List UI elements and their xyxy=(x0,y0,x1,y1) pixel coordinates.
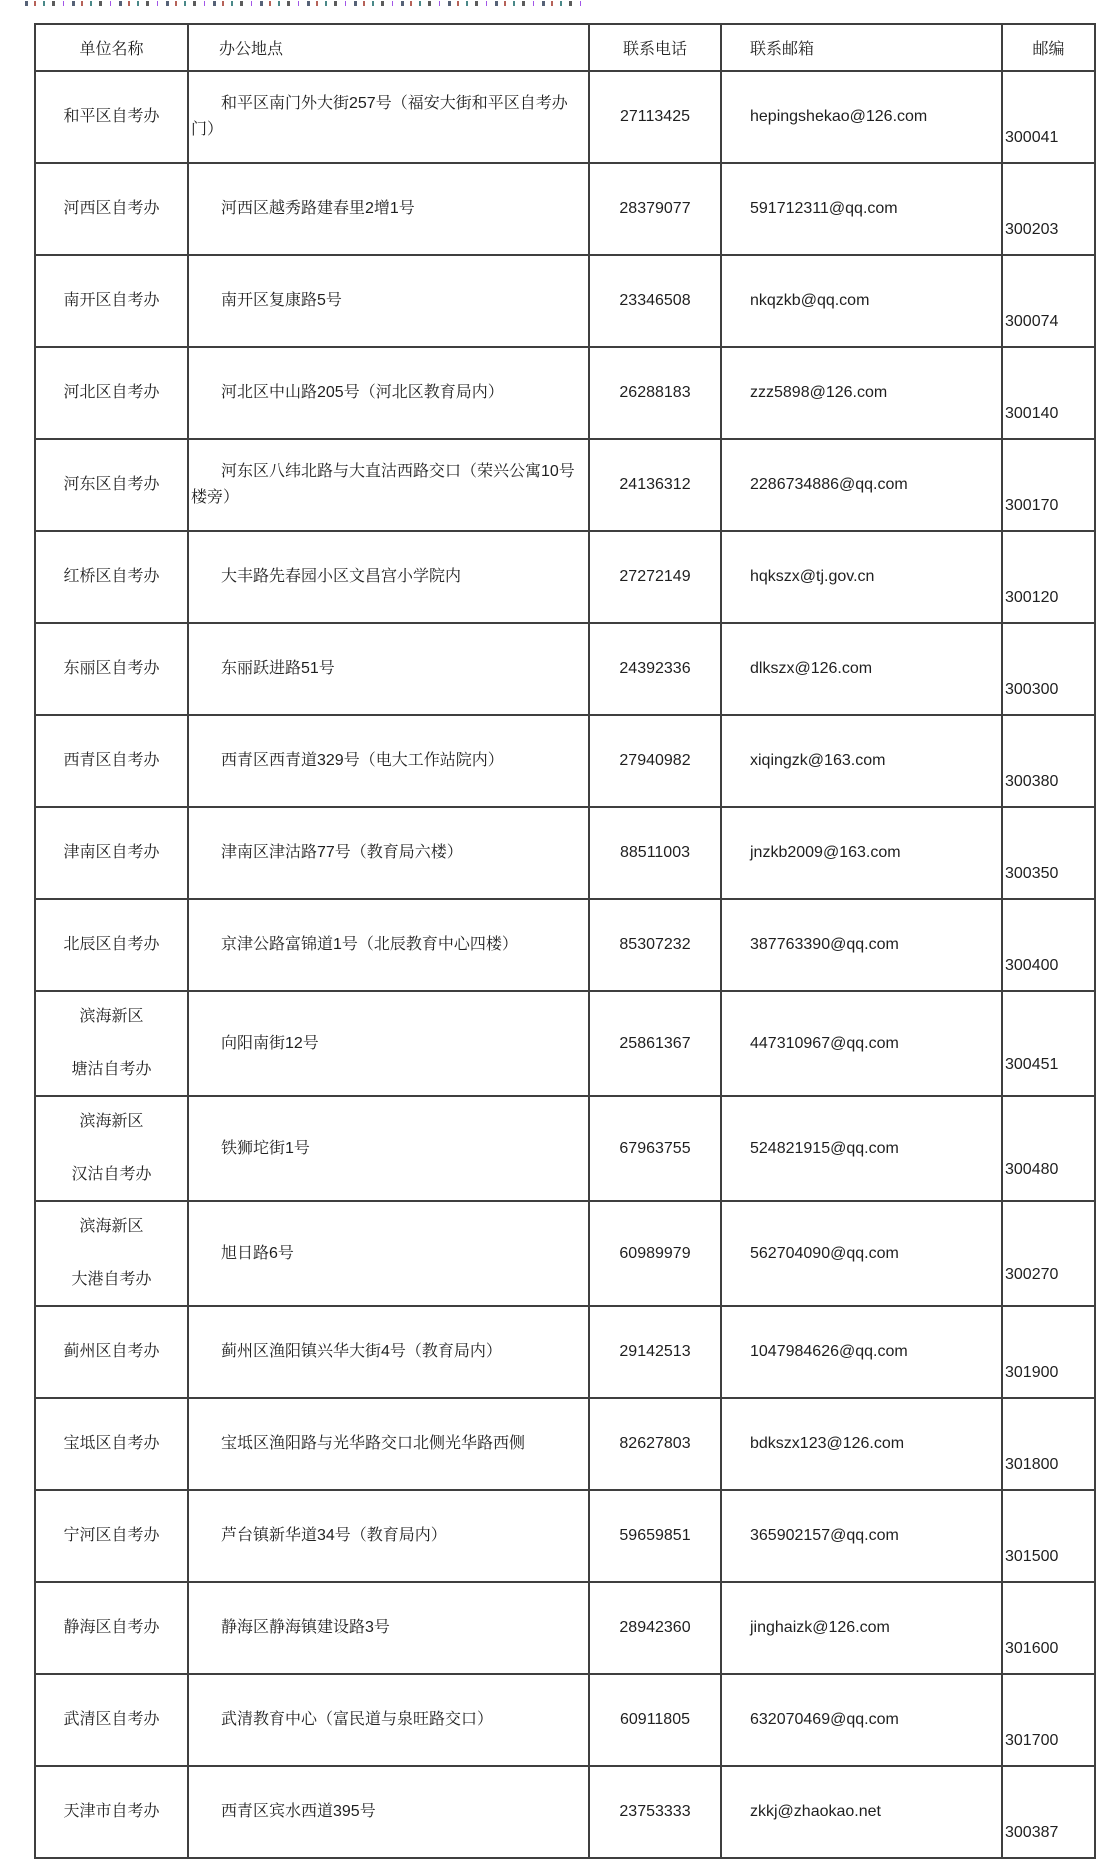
unit-name-line: 滨海新区 xyxy=(36,1112,187,1132)
zip-value: 301500 xyxy=(1005,1548,1094,1566)
unit-cell: 东丽区自考办 xyxy=(35,623,188,715)
zip-cell: 301600 xyxy=(1002,1582,1095,1674)
address-cell: 武清教育中心（富民道与泉旺路交口） xyxy=(188,1674,589,1766)
phone-cell: 27272149 xyxy=(589,531,721,623)
unit-cell: 武清区自考办 xyxy=(35,1674,188,1766)
address-cell: 河北区中山路205号（河北区教育局内） xyxy=(188,347,589,439)
address-cell: 南开区复康路5号 xyxy=(188,255,589,347)
zip-cell: 301900 xyxy=(1002,1306,1095,1398)
unit-cell: 宁河区自考办 xyxy=(35,1490,188,1582)
zip-cell: 300350 xyxy=(1002,807,1095,899)
zip-value: 300400 xyxy=(1005,957,1094,975)
zip-cell: 300041 xyxy=(1002,71,1095,163)
phone-cell: 24136312 xyxy=(589,439,721,531)
email-cell: 2286734886@qq.com xyxy=(721,439,1002,531)
contact-table: 单位名称 办公地点 联系电话 联系邮箱 邮编 和平区自考办 和平区南门外大街25… xyxy=(34,23,1096,1859)
unit-cell: 南开区自考办 xyxy=(35,255,188,347)
zip-value: 300170 xyxy=(1005,497,1094,515)
zip-value: 300120 xyxy=(1005,589,1094,607)
table-row: 南开区自考办 南开区复康路5号 23346508 nkqzkb@qq.com 3… xyxy=(35,255,1095,347)
unit-cell: 蓟州区自考办 xyxy=(35,1306,188,1398)
clipped-text-fragments xyxy=(25,1,585,6)
table-row: 滨海新区大港自考办 旭日路6号 60989979 562704090@qq.co… xyxy=(35,1201,1095,1306)
unit-cell: 静海区自考办 xyxy=(35,1582,188,1674)
phone-cell: 82627803 xyxy=(589,1398,721,1490)
unit-name-line: 静海区自考办 xyxy=(36,1618,187,1638)
unit-name-line: 大港自考办 xyxy=(36,1270,187,1290)
address-cell: 铁狮坨街1号 xyxy=(188,1096,589,1201)
email-cell: dlkszx@126.com xyxy=(721,623,1002,715)
table-row: 滨海新区汉沽自考办 铁狮坨街1号 67963755 524821915@qq.c… xyxy=(35,1096,1095,1201)
address-cell: 津南区津沽路77号（教育局六楼） xyxy=(188,807,589,899)
table-row: 北辰区自考办 京津公路富锦道1号（北辰教育中心四楼） 85307232 3877… xyxy=(35,899,1095,991)
phone-cell: 26288183 xyxy=(589,347,721,439)
zip-value: 300041 xyxy=(1005,129,1094,147)
phone-cell: 60911805 xyxy=(589,1674,721,1766)
address-cell: 蓟州区渔阳镇兴华大街4号（教育局内） xyxy=(188,1306,589,1398)
table-row: 西青区自考办 西青区西青道329号（电大工作站院内） 27940982 xiqi… xyxy=(35,715,1095,807)
unit-cell: 河东区自考办 xyxy=(35,439,188,531)
zip-value: 301700 xyxy=(1005,1732,1094,1750)
unit-cell: 滨海新区汉沽自考办 xyxy=(35,1096,188,1201)
unit-name-line: 滨海新区 xyxy=(36,1007,187,1027)
unit-name-line: 南开区自考办 xyxy=(36,291,187,311)
unit-name-line: 津南区自考办 xyxy=(36,843,187,863)
address-cell: 芦台镇新华道34号（教育局内） xyxy=(188,1490,589,1582)
zip-cell: 300170 xyxy=(1002,439,1095,531)
phone-cell: 28379077 xyxy=(589,163,721,255)
email-cell: nkqzkb@qq.com xyxy=(721,255,1002,347)
phone-cell: 29142513 xyxy=(589,1306,721,1398)
unit-name-line: 北辰区自考办 xyxy=(36,935,187,955)
zip-value: 300480 xyxy=(1005,1161,1094,1179)
email-cell: hqkszx@tj.gov.cn xyxy=(721,531,1002,623)
unit-cell: 河北区自考办 xyxy=(35,347,188,439)
zip-value: 301800 xyxy=(1005,1456,1094,1474)
zip-cell: 300270 xyxy=(1002,1201,1095,1306)
address-cell: 河东区八纬北路与大直沽西路交口（荣兴公寓10号楼旁） xyxy=(188,439,589,531)
phone-cell: 23753333 xyxy=(589,1766,721,1858)
address-cell: 河西区越秀路建春里2增1号 xyxy=(188,163,589,255)
phone-cell: 24392336 xyxy=(589,623,721,715)
column-header-unit: 单位名称 xyxy=(35,24,188,71)
phone-cell: 85307232 xyxy=(589,899,721,991)
unit-cell: 滨海新区塘沽自考办 xyxy=(35,991,188,1096)
zip-value: 300270 xyxy=(1005,1266,1094,1284)
zip-cell: 300203 xyxy=(1002,163,1095,255)
unit-cell: 宝坻区自考办 xyxy=(35,1398,188,1490)
table-row: 河东区自考办 河东区八纬北路与大直沽西路交口（荣兴公寓10号楼旁） 241363… xyxy=(35,439,1095,531)
zip-value: 300380 xyxy=(1005,773,1094,791)
zip-value: 300451 xyxy=(1005,1056,1094,1074)
zip-value: 301600 xyxy=(1005,1640,1094,1658)
email-cell: hepingshekao@126.com xyxy=(721,71,1002,163)
phone-cell: 88511003 xyxy=(589,807,721,899)
zip-cell: 301500 xyxy=(1002,1490,1095,1582)
unit-name-line: 武清区自考办 xyxy=(36,1710,187,1730)
unit-cell: 河西区自考办 xyxy=(35,163,188,255)
table-row: 红桥区自考办 大丰路先春园小区文昌宫小学院内 27272149 hqkszx@t… xyxy=(35,531,1095,623)
unit-cell: 和平区自考办 xyxy=(35,71,188,163)
unit-name-line: 东丽区自考办 xyxy=(36,659,187,679)
zip-value: 301900 xyxy=(1005,1364,1094,1382)
unit-name-line: 滨海新区 xyxy=(36,1217,187,1237)
email-cell: 632070469@qq.com xyxy=(721,1674,1002,1766)
zip-cell: 300140 xyxy=(1002,347,1095,439)
address-cell: 大丰路先春园小区文昌宫小学院内 xyxy=(188,531,589,623)
table-row: 天津市自考办 西青区宾水西道395号 23753333 zkkj@zhaokao… xyxy=(35,1766,1095,1858)
zip-cell: 300387 xyxy=(1002,1766,1095,1858)
table-row: 滨海新区塘沽自考办 向阳南街12号 25861367 447310967@qq.… xyxy=(35,991,1095,1096)
zip-value: 300074 xyxy=(1005,313,1094,331)
zip-value: 300387 xyxy=(1005,1824,1094,1842)
email-cell: zzz5898@126.com xyxy=(721,347,1002,439)
address-cell: 和平区南门外大街257号（福安大街和平区自考办门） xyxy=(188,71,589,163)
email-cell: bdkszx123@126.com xyxy=(721,1398,1002,1490)
unit-cell: 西青区自考办 xyxy=(35,715,188,807)
unit-name-line: 西青区自考办 xyxy=(36,751,187,771)
unit-name-line: 宝坻区自考办 xyxy=(36,1434,187,1454)
unit-name-line: 红桥区自考办 xyxy=(36,567,187,587)
unit-name-line: 汉沽自考办 xyxy=(36,1165,187,1185)
unit-name-line: 河东区自考办 xyxy=(36,475,187,495)
unit-name-line: 和平区自考办 xyxy=(36,107,187,127)
address-cell: 京津公路富锦道1号（北辰教育中心四楼） xyxy=(188,899,589,991)
zip-value: 300300 xyxy=(1005,681,1094,699)
table-row: 宝坻区自考办 宝坻区渔阳路与光华路交口北侧光华路西侧 82627803 bdks… xyxy=(35,1398,1095,1490)
column-header-phone: 联系电话 xyxy=(589,24,721,71)
column-header-address: 办公地点 xyxy=(188,24,589,71)
zip-cell: 301800 xyxy=(1002,1398,1095,1490)
email-cell: 562704090@qq.com xyxy=(721,1201,1002,1306)
address-cell: 东丽跃进路51号 xyxy=(188,623,589,715)
unit-name-line: 宁河区自考办 xyxy=(36,1526,187,1546)
email-cell: xiqingzk@163.com xyxy=(721,715,1002,807)
unit-name-line: 天津市自考办 xyxy=(36,1802,187,1822)
zip-value: 300140 xyxy=(1005,405,1094,423)
email-cell: 365902157@qq.com xyxy=(721,1490,1002,1582)
address-cell: 静海区静海镇建设路3号 xyxy=(188,1582,589,1674)
zip-cell: 300400 xyxy=(1002,899,1095,991)
table-row: 东丽区自考办 东丽跃进路51号 24392336 dlkszx@126.com … xyxy=(35,623,1095,715)
zip-cell: 300120 xyxy=(1002,531,1095,623)
zip-cell: 300451 xyxy=(1002,991,1095,1096)
zip-cell: 300074 xyxy=(1002,255,1095,347)
email-cell: 591712311@qq.com xyxy=(721,163,1002,255)
unit-cell: 北辰区自考办 xyxy=(35,899,188,991)
unit-cell: 津南区自考办 xyxy=(35,807,188,899)
zip-value: 300203 xyxy=(1005,221,1094,239)
zip-value: 300350 xyxy=(1005,865,1094,883)
column-header-zip: 邮编 xyxy=(1002,24,1095,71)
phone-cell: 28942360 xyxy=(589,1582,721,1674)
unit-cell: 天津市自考办 xyxy=(35,1766,188,1858)
email-cell: jnzkb2009@163.com xyxy=(721,807,1002,899)
table-row: 河西区自考办 河西区越秀路建春里2增1号 28379077 591712311@… xyxy=(35,163,1095,255)
unit-cell: 滨海新区大港自考办 xyxy=(35,1201,188,1306)
unit-name-line: 河北区自考办 xyxy=(36,383,187,403)
table-row: 静海区自考办 静海区静海镇建设路3号 28942360 jinghaizk@12… xyxy=(35,1582,1095,1674)
unit-name-line: 塘沽自考办 xyxy=(36,1060,187,1080)
address-cell: 西青区宾水西道395号 xyxy=(188,1766,589,1858)
unit-name-line: 河西区自考办 xyxy=(36,199,187,219)
table-row: 宁河区自考办 芦台镇新华道34号（教育局内） 59659851 36590215… xyxy=(35,1490,1095,1582)
email-cell: 524821915@qq.com xyxy=(721,1096,1002,1201)
address-cell: 西青区西青道329号（电大工作站院内） xyxy=(188,715,589,807)
column-header-email: 联系邮箱 xyxy=(721,24,1002,71)
address-cell: 向阳南街12号 xyxy=(188,991,589,1096)
table-row: 津南区自考办 津南区津沽路77号（教育局六楼） 88511003 jnzkb20… xyxy=(35,807,1095,899)
phone-cell: 60989979 xyxy=(589,1201,721,1306)
table-row: 蓟州区自考办 蓟州区渔阳镇兴华大街4号（教育局内） 29142513 10479… xyxy=(35,1306,1095,1398)
email-cell: 1047984626@qq.com xyxy=(721,1306,1002,1398)
table-row: 和平区自考办 和平区南门外大街257号（福安大街和平区自考办门） 2711342… xyxy=(35,71,1095,163)
zip-cell: 300300 xyxy=(1002,623,1095,715)
table-row: 武清区自考办 武清教育中心（富民道与泉旺路交口） 60911805 632070… xyxy=(35,1674,1095,1766)
email-cell: 447310967@qq.com xyxy=(721,991,1002,1096)
phone-cell: 27940982 xyxy=(589,715,721,807)
table-row: 河北区自考办 河北区中山路205号（河北区教育局内） 26288183 zzz5… xyxy=(35,347,1095,439)
zip-cell: 301700 xyxy=(1002,1674,1095,1766)
phone-cell: 25861367 xyxy=(589,991,721,1096)
email-cell: zkkj@zhaokao.net xyxy=(721,1766,1002,1858)
phone-cell: 23346508 xyxy=(589,255,721,347)
email-cell: jinghaizk@126.com xyxy=(721,1582,1002,1674)
address-cell: 宝坻区渔阳路与光华路交口北侧光华路西侧 xyxy=(188,1398,589,1490)
unit-name-line: 蓟州区自考办 xyxy=(36,1342,187,1362)
address-cell: 旭日路6号 xyxy=(188,1201,589,1306)
unit-cell: 红桥区自考办 xyxy=(35,531,188,623)
zip-cell: 300480 xyxy=(1002,1096,1095,1201)
email-cell: 387763390@qq.com xyxy=(721,899,1002,991)
phone-cell: 27113425 xyxy=(589,71,721,163)
phone-cell: 59659851 xyxy=(589,1490,721,1582)
zip-cell: 300380 xyxy=(1002,715,1095,807)
phone-cell: 67963755 xyxy=(589,1096,721,1201)
table-header-row: 单位名称 办公地点 联系电话 联系邮箱 邮编 xyxy=(35,24,1095,71)
